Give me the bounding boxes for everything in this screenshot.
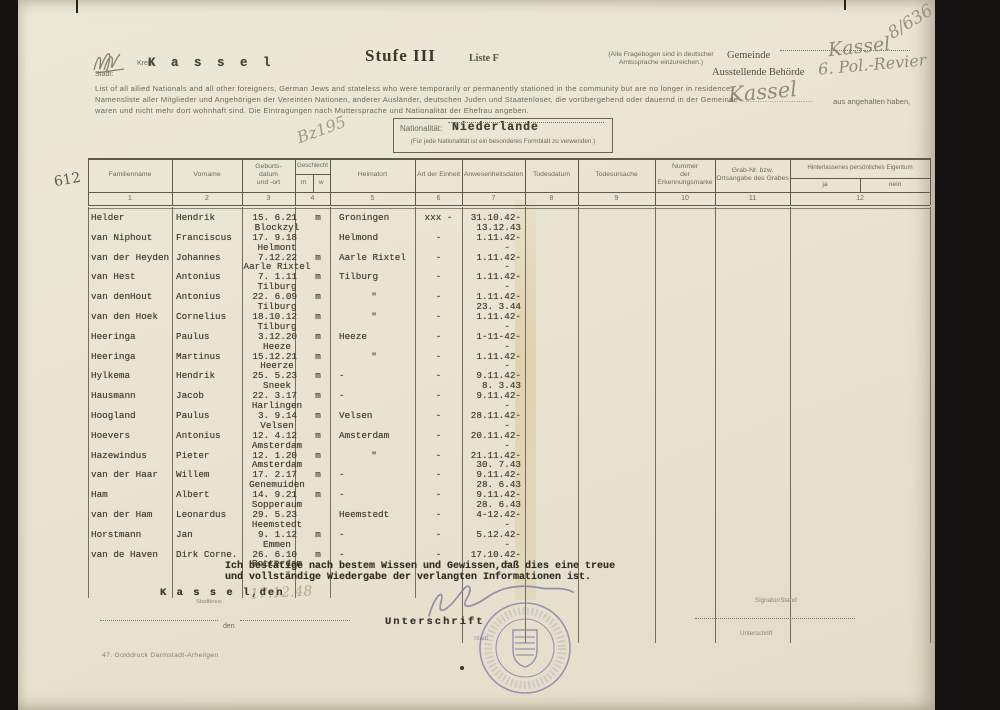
cell-family-name: Hylkema	[91, 370, 130, 381]
cell-family-name: van den Hoek	[91, 311, 158, 322]
cell-unit: -	[415, 450, 462, 461]
cell-home-town: Aarle Rixtel	[339, 252, 406, 263]
cell-family-name: Heeringa	[91, 331, 136, 342]
cell-family-name: van de Haven	[91, 549, 158, 560]
cell-home-town: -	[339, 370, 345, 381]
column-number: 3	[242, 195, 295, 202]
cell-sex: m	[309, 331, 327, 342]
cell-unit: -	[415, 469, 462, 480]
column-number: 2	[172, 195, 242, 202]
cell-home-town: "	[339, 291, 409, 302]
cell-family-name: Hoogland	[91, 410, 136, 421]
ink-dot	[460, 666, 464, 670]
table-body-vline	[655, 207, 656, 643]
corner-archive-note: 8/636	[884, 1, 936, 44]
column-header: Anwesenheitsdaten	[463, 158, 524, 192]
place-sub-label: Stadtkreis	[196, 599, 222, 605]
official-round-stamp: Stadt	[470, 598, 580, 698]
cell-first-name: Jacob	[176, 390, 204, 401]
form-note: (Alle Fragebogen sind in deutscher Amtss…	[576, 51, 746, 67]
cell-family-name: van Hest	[91, 271, 136, 282]
form-note-line1: (Alle Fragebogen sind in deutscher	[608, 51, 713, 58]
cell-family-name: van der Heyden	[91, 252, 169, 263]
column-number: 11	[715, 195, 790, 202]
cell-first-name: Cornelius	[176, 311, 226, 322]
column-header: Familienname	[89, 158, 171, 192]
intro-line-2: Namensliste aller Mitglieder und Angehör…	[95, 95, 825, 104]
nationality-label: Nationalität:	[400, 124, 442, 133]
cell-first-name: Jan	[176, 529, 193, 540]
nationality-line	[448, 122, 604, 123]
cell-first-name: Martinus	[176, 351, 221, 362]
cell-sex: m	[309, 410, 327, 421]
cell-unit: -	[415, 351, 462, 362]
column-number: 8	[525, 195, 578, 202]
column-number: 10	[655, 195, 715, 202]
column-number: 1	[88, 195, 172, 202]
footer-date-line	[240, 620, 350, 621]
cell-first-name: Paulus	[176, 410, 209, 421]
right-signature-line	[695, 618, 855, 619]
column-header: Nummer der Erkennungsmarke	[656, 158, 714, 192]
subheader-label: nein	[861, 178, 929, 192]
right-label-bottom: Unterschrift	[740, 630, 772, 637]
cell-sex: m	[309, 351, 327, 362]
column-header: Geburts- datum und -ort	[243, 158, 294, 192]
cell-home-town: "	[339, 351, 409, 362]
intro-line-3: waren und nicht mehr dort wohnhaft sind.…	[95, 106, 529, 115]
column-number: 4	[295, 195, 330, 202]
cell-sex: m	[309, 370, 327, 381]
column-number: 6	[415, 195, 462, 202]
cell-first-name: Leonardus	[176, 509, 226, 520]
cell-sex: m	[309, 291, 327, 302]
column-header: Heimatort	[331, 158, 414, 192]
stamp-side-text: Stadt	[474, 636, 488, 642]
cell-family-name: Hazewindus	[91, 450, 147, 461]
table-double-rule	[88, 208, 930, 209]
gemeinde-label: Gemeinde	[727, 50, 770, 61]
cell-family-name: van der Ham	[91, 509, 152, 520]
column-header: Art der Einheit	[416, 158, 461, 192]
nationality-note: (Für jede Nationalität ist ein besondere…	[398, 138, 608, 145]
subheader-label: m	[296, 174, 312, 192]
cell-home-town: -	[339, 390, 345, 401]
column-header: Vorname	[173, 158, 241, 192]
cell-unit: -	[415, 271, 462, 282]
sheet-label: Liste F	[469, 53, 499, 64]
cell-first-name: Antonius	[176, 291, 221, 302]
cell-home-town: Groningen	[339, 212, 389, 223]
cell-sex: m	[309, 311, 327, 322]
cell-home-town: Amsterdam	[339, 430, 389, 441]
cell-home-town: Heeze	[339, 331, 367, 342]
city-typed: K a s s e l	[148, 56, 275, 70]
right-label-top: Signatur/Stand	[755, 597, 797, 604]
cell-first-name: Albert	[176, 489, 209, 500]
column-number: 9	[578, 195, 655, 202]
cell-unit: -	[415, 529, 462, 540]
cell-sex: m	[309, 252, 327, 263]
cell-home-town: Helmond	[339, 232, 378, 243]
cell-family-name: Ham	[91, 489, 108, 500]
intro-line-1: List of all allied Nationals and all oth…	[95, 84, 920, 93]
table-body-vline	[930, 207, 931, 643]
cell-family-name: van Niphout	[91, 232, 152, 243]
cell-unit: -	[415, 232, 462, 243]
scan-mark	[844, 0, 846, 10]
footer-place-line	[100, 620, 218, 621]
table-body-vline	[172, 207, 173, 598]
cell-sex: m	[309, 529, 327, 540]
cell-first-name: Antonius	[176, 430, 221, 441]
cell-sex: m	[309, 489, 327, 500]
cell-home-town: "	[339, 450, 409, 461]
cell-family-name: van denHout	[91, 291, 152, 302]
cell-first-name: Paulus	[176, 331, 209, 342]
cell-unit: -	[415, 430, 462, 441]
cell-sex: m	[309, 212, 327, 223]
cell-home-town: -	[339, 549, 345, 560]
column-number: 5	[330, 195, 415, 202]
cell-sex: m	[309, 271, 327, 282]
cell-unit: -	[415, 291, 462, 302]
table-body-vline	[790, 207, 791, 643]
cell-unit: xxx -	[415, 212, 462, 223]
page-title: Stufe III	[365, 46, 436, 66]
table-header-rule	[88, 192, 930, 193]
cell-first-name: Willem	[176, 469, 209, 480]
cell-sex: m	[309, 549, 327, 560]
cell-family-name: Helder	[91, 212, 124, 223]
column-header: Grab-Nr. bzw. Ortsangabe des Grabes	[716, 158, 789, 192]
cell-family-name: Heeringa	[91, 351, 136, 362]
table-body-vline	[88, 207, 89, 598]
scan-mark	[76, 0, 78, 13]
cell-unit: -	[415, 311, 462, 322]
cell-first-name: Antonius	[176, 271, 221, 282]
column-number: 7	[462, 195, 525, 202]
cell-unit: -	[415, 489, 462, 500]
column-number: 12	[790, 195, 930, 202]
cell-home-town: Tilburg	[339, 271, 378, 282]
pencil-date: 17.12.48	[250, 583, 313, 602]
cell-unit: -	[415, 252, 462, 263]
table-body-vline	[330, 207, 331, 598]
column-header: Todesdatum	[526, 158, 577, 192]
column-header: Hinterlassenes persönliches Eigentum	[791, 158, 929, 178]
cell-family-name: Horstmann	[91, 529, 141, 540]
cell-first-name: Pieter	[176, 450, 209, 461]
nationality-box: Nationalität: Niederlande (Für jede Nati…	[393, 118, 613, 153]
certification-line-1: Ich bestätige nach bestem Wissen und Gew…	[225, 561, 615, 572]
subheader-label: ja	[791, 178, 859, 192]
cell-home-town: -	[339, 489, 345, 500]
table-number-rule	[88, 205, 930, 206]
behoerde-label: Ausstellende Behörde	[712, 67, 804, 78]
footer-den-label: den	[223, 623, 235, 630]
column-header: Geschlecht	[296, 158, 329, 174]
table-body-vline	[715, 207, 716, 643]
cell-unit: -	[415, 331, 462, 342]
cell-unit: -	[415, 509, 462, 520]
cell-first-name: Hendrik	[176, 212, 215, 223]
cell-home-town: -	[339, 529, 345, 540]
cell-sex: m	[309, 390, 327, 401]
cell-unit: -	[415, 390, 462, 401]
cell-unit: -	[415, 370, 462, 381]
table-header-vline	[930, 158, 931, 205]
cell-home-town: "	[339, 311, 409, 322]
cell-sex: m	[309, 450, 327, 461]
margin-note: 612	[53, 170, 82, 190]
intro-line-2-tail: aus angehalten haben,	[833, 97, 910, 106]
pencil-note: Bz195	[294, 112, 348, 147]
cell-first-name: Johannes	[176, 252, 221, 263]
cell-unit: -	[415, 410, 462, 421]
cell-first-name: Hendrik	[176, 370, 215, 381]
cell-family-name: Hoevers	[91, 430, 130, 441]
cell-first-name: Franciscus	[176, 232, 232, 243]
cell-first-name: Dirk Corne.	[176, 549, 237, 560]
cell-family-name: van der Haar	[91, 469, 158, 480]
cell-sex: m	[309, 430, 327, 441]
cell-home-town: Heemstedt	[339, 509, 389, 520]
printer-imprint: 47. Golddruck Darmstadt-Arheilgen	[102, 652, 218, 659]
cell-home-town: -	[339, 469, 345, 480]
stadt-label: Stadt:	[95, 71, 113, 80]
form-note-line2: Amtssprache einzureichen.)	[619, 59, 703, 66]
cell-unit: -	[415, 549, 462, 560]
scanned-document-page: 8/636 Kreis Stadt: K a s s e l Stufe III…	[18, 0, 935, 710]
subheader-label: w	[314, 174, 330, 192]
column-header: Todesursache	[579, 158, 654, 192]
cell-home-town: Velsen	[339, 410, 372, 421]
cell-family-name: Hausmann	[91, 390, 136, 401]
cell-sex: m	[309, 469, 327, 480]
